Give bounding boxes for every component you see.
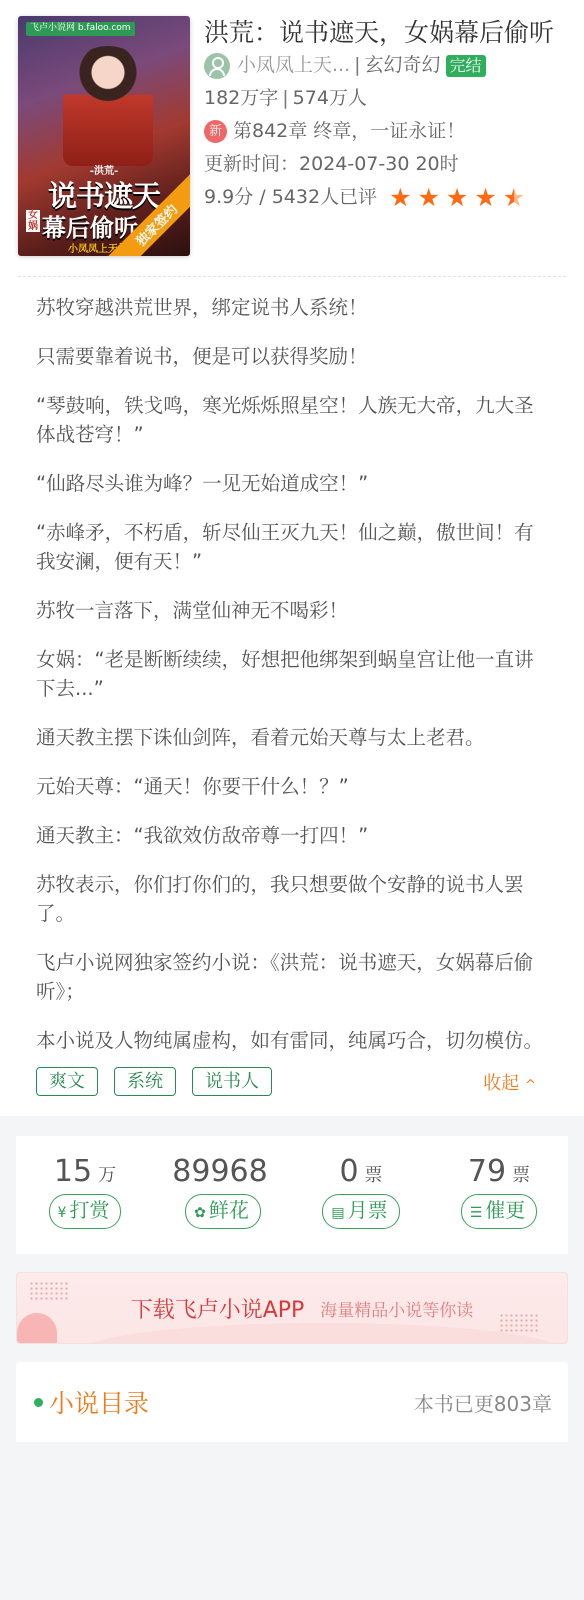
book-info: 飞卢小说网 b.faloo.com -洪荒- 说书遮天 女娲 幕后偷听 小凤凤上…	[18, 16, 566, 277]
collapse-button[interactable]: 收起^	[483, 1069, 536, 1095]
rating-row: 9.9分 / 5432人已评 ★ ★ ★ ★ ★	[204, 181, 566, 214]
book-description: 苏牧穿越洪荒世界，绑定说书人系统！ 只需要靠着说书，便是可以获得奖励！ “琴鼓响…	[18, 277, 566, 1055]
urge-ticket-icon: ☰	[470, 1205, 483, 1221]
description-paragraph: 通天教主：“我欲效仿敌帝尊一打四！”	[36, 821, 548, 850]
status-badge: 完结	[446, 55, 486, 77]
yen-coin-icon: ¥	[58, 1205, 67, 1221]
star-full-icon: ★	[474, 185, 496, 210]
collapse-label: 收起	[483, 1073, 519, 1094]
flower-button[interactable]: ✿鲜花	[185, 1194, 261, 1229]
rating-score: 9.9分 / 5432人已评	[204, 181, 377, 214]
flower-icon: ✿	[194, 1205, 206, 1221]
tag-shuoshuren[interactable]: 说书人	[192, 1067, 272, 1096]
category[interactable]: 玄幻奇幻	[365, 49, 441, 82]
word-count: 182万字	[204, 82, 278, 115]
site-logo: 飞卢小说网 b.faloo.com	[26, 22, 135, 36]
star-full-icon: ★	[389, 185, 411, 210]
stat-value: 89968	[172, 1154, 267, 1189]
stat-unit: 票	[365, 1165, 383, 1186]
banner-title: 下载飞卢小说APP	[131, 1293, 305, 1324]
update-time: 更新时间：2024-07-30 20时	[204, 148, 566, 181]
description-paragraph: 苏牧一言落下，满堂仙神无不喝彩！	[36, 596, 548, 625]
cover-side-text: 女娲	[26, 210, 40, 232]
dot-pattern-decoration	[499, 1313, 539, 1333]
description-paragraph: 通天教主摆下诛仙剑阵，看着元始天尊与太上老君。	[36, 723, 548, 752]
star-full-icon: ★	[446, 185, 468, 210]
monthly-ticket-button[interactable]: ▤月票	[322, 1194, 399, 1229]
urge-update-button[interactable]: ☰催更	[461, 1194, 538, 1229]
bullet-dot-icon	[34, 1398, 43, 1407]
stat-monthly-ticket: 0票 ▤月票	[292, 1154, 430, 1230]
banner-subtitle: 海量精品小说等你读	[320, 1296, 473, 1321]
book-cover[interactable]: 飞卢小说网 b.faloo.com -洪荒- 说书遮天 女娲 幕后偷听 小凤凤上…	[18, 16, 190, 256]
table-of-contents-header[interactable]: 小说目录 本书已更803章	[16, 1362, 568, 1442]
reward-button[interactable]: ¥打赏	[49, 1194, 122, 1229]
new-badge-icon: 新	[204, 120, 227, 143]
book-meta: 洪荒：说书遮天，女娲幕后偷听 小凤凤上天... | 玄幻奇幻 完结 182万字 …	[204, 16, 566, 256]
star-full-icon: ★	[417, 185, 439, 210]
description-paragraph: 本小说及人物纯属虚构，如有雷同，纯属巧合，切勿模仿。	[36, 1026, 548, 1055]
description-paragraph: 只需要靠着说书，便是可以获得奖励！	[36, 342, 548, 371]
description-paragraph: “仙路尽头谁为峰？一见无始道成空！”	[36, 469, 548, 498]
description-paragraph: 元始天尊：“通天！你要干什么！？”	[36, 772, 548, 801]
book-header: 飞卢小说网 b.faloo.com -洪荒- 说书遮天 女娲 幕后偷听 小凤凤上…	[0, 0, 584, 1116]
latest-chapter-row[interactable]: 新 第842章 终章，一证永证！	[204, 115, 566, 148]
stat-value: 79	[468, 1154, 506, 1189]
chapter-count: 本书已更803章	[414, 1388, 552, 1417]
cover-title-line2: 幕后偷听	[42, 208, 138, 243]
ticket-icon: ▤	[331, 1205, 344, 1221]
description-paragraph: 苏牧表示，你们打你们的，我只想要做个安静的说书人罢了。	[36, 870, 548, 928]
description-paragraph: 飞卢小说网独家签约小说：《洪荒：说书遮天，女娲幕后偷听》；	[36, 948, 548, 1006]
description-paragraph: 女娲：“老是断断续续，好想把他绑架到蜗皇宫让他一直讲下去...”	[36, 645, 548, 703]
urge-update-label: 催更	[485, 1198, 525, 1222]
description-paragraph: “琴鼓响，铁戈鸣，寒光烁烁照星空！人族无大帝，九大圣体战苍穹！”	[36, 391, 548, 449]
download-app-banner[interactable]: 下载飞卢小说APP 海量精品小说等你读	[16, 1272, 568, 1344]
book-title: 洪荒：说书遮天，女娲幕后偷听	[204, 16, 566, 49]
toc-title: 小说目录	[49, 1384, 149, 1420]
author-row: 小凤凤上天... | 玄幻奇幻 完结	[204, 49, 566, 82]
section-gap	[0, 1116, 584, 1136]
divider: |	[282, 82, 288, 115]
stat-value: 15	[54, 1154, 92, 1189]
author-name[interactable]: 小凤凤上天...	[237, 49, 350, 82]
stat-reward: 15万 ¥打赏	[16, 1154, 154, 1230]
cover-illustration	[63, 46, 153, 166]
monthly-ticket-label: 月票	[348, 1198, 388, 1222]
description-paragraph: “赤峰矛，不朽盾，斩尽仙王灭九天！仙之巅，傲世间！有我安澜，便有天！”	[36, 518, 548, 576]
star-half-icon: ★	[503, 185, 525, 210]
stat-unit: 万	[98, 1165, 116, 1186]
dot-pattern-decoration	[29, 1281, 69, 1301]
stat-unit: 票	[512, 1165, 530, 1186]
latest-chapter-link[interactable]: 第842章 终章，一证永证！	[233, 115, 465, 148]
divider: |	[354, 49, 360, 82]
tag-shuangwen[interactable]: 爽文	[36, 1067, 98, 1096]
description-paragraph: 苏牧穿越洪荒世界，绑定说书人系统！	[36, 293, 548, 322]
support-stats: 15万 ¥打赏 89968 ✿鲜花 0票 ▤月票 79票 ☰催更	[16, 1136, 568, 1254]
reward-label: 打赏	[69, 1198, 109, 1222]
author-avatar-icon[interactable]	[204, 53, 230, 79]
stat-value: 0	[339, 1154, 358, 1189]
rating-stars[interactable]: ★ ★ ★ ★ ★	[389, 185, 531, 210]
tag-list: 爽文 系统 说书人 收起^	[18, 1067, 566, 1116]
stat-flowers: 89968 ✿鲜花	[154, 1154, 292, 1230]
tag-xitong[interactable]: 系统	[114, 1067, 176, 1096]
stat-urge-update: 79票 ☰催更	[430, 1154, 568, 1230]
counts-row: 182万字 | 574万人	[204, 82, 566, 115]
flower-label: 鲜花	[209, 1198, 249, 1222]
chevron-up-icon: ^	[525, 1078, 536, 1093]
reader-count: 574万人	[293, 82, 367, 115]
